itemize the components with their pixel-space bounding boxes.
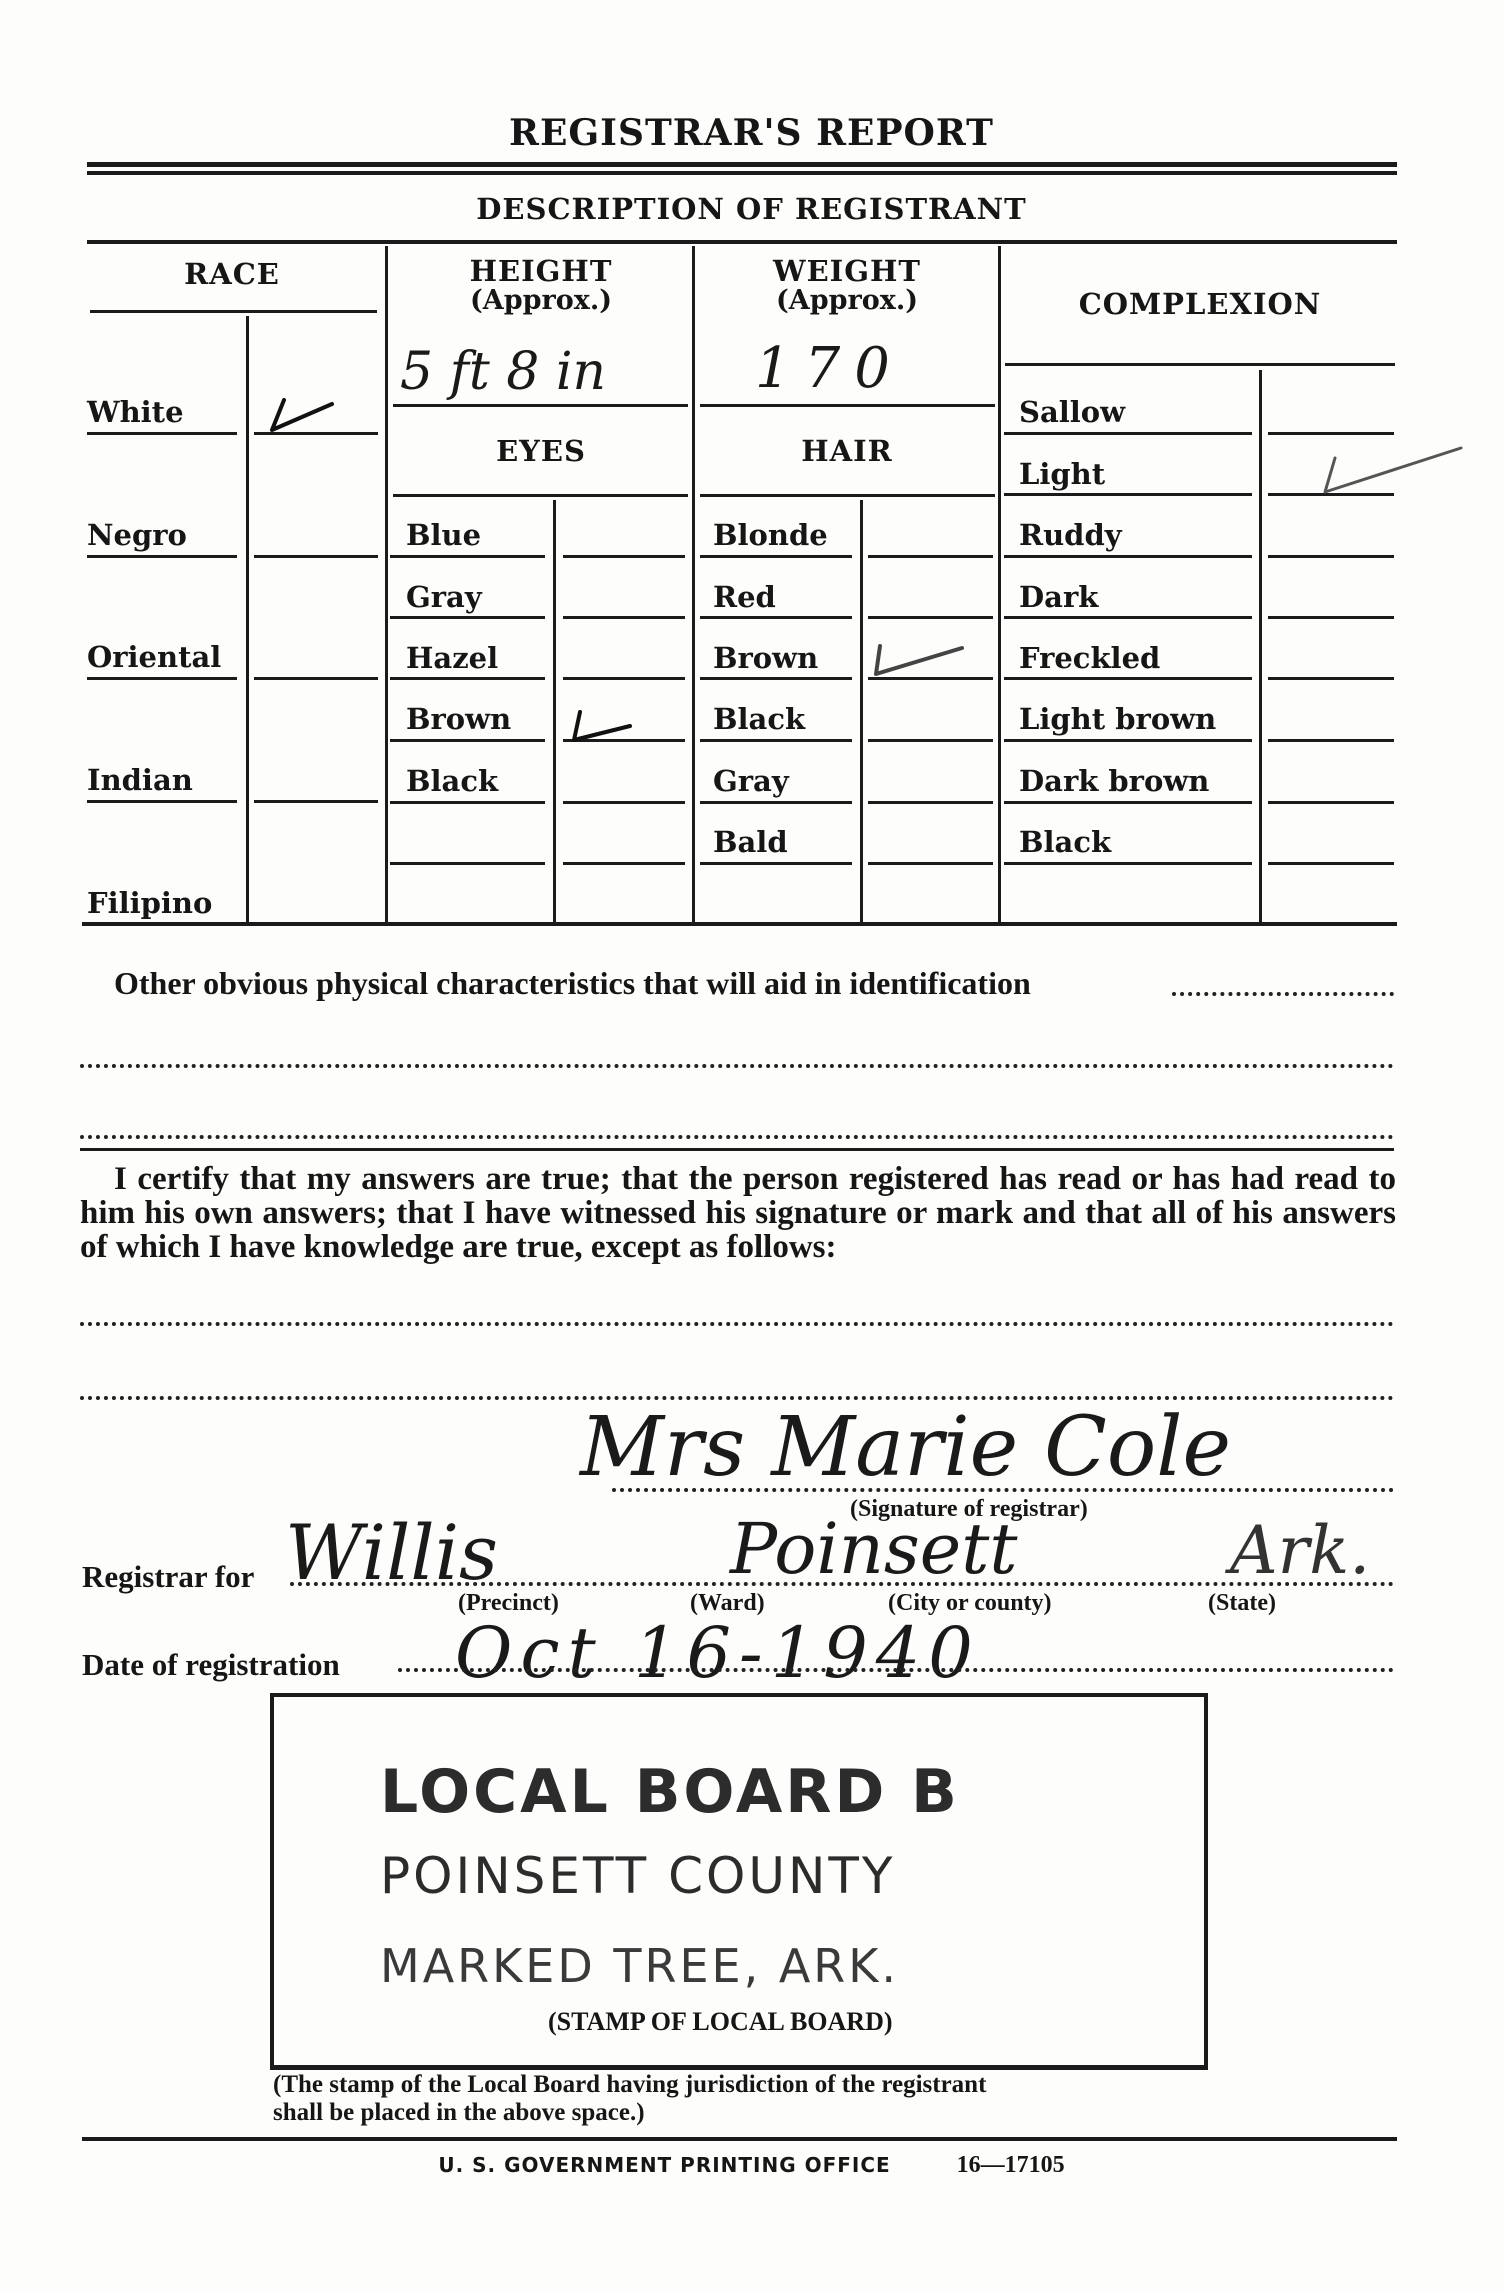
complexion-option-black: Black: [1019, 825, 1111, 859]
hair-option-brown: Brown: [713, 641, 818, 675]
race-check-rule: [254, 677, 378, 680]
weight-value-rule: [700, 404, 995, 407]
race-option-white: White: [87, 395, 184, 429]
race-row-rule: [87, 800, 237, 803]
complexion-option-dark-brown: Dark brown: [1019, 764, 1209, 798]
hair-subdivider: [860, 500, 863, 922]
form-number: 16—17105: [957, 2152, 1065, 2178]
city-or-county-value: Poinsett: [730, 1508, 1018, 1590]
eyes-row-rule: [390, 862, 545, 865]
eyes-check-rule: [563, 616, 685, 619]
stamp-note-line-2: shall be placed in the above space.): [273, 2099, 645, 2127]
col-divider-3: [998, 246, 1001, 922]
hair-check-rule: [868, 555, 993, 558]
eyes-row-rule: [390, 801, 545, 804]
date-of-registration-label: Date of registration: [82, 1648, 340, 1682]
col-divider-1: [385, 246, 388, 922]
registrar-for-label: Registrar for: [82, 1560, 254, 1594]
exceptions-field-line-1[interactable]: [80, 1322, 1394, 1326]
hair-row-rule: [700, 862, 852, 865]
title-double-rule-bottom: [87, 171, 1397, 175]
race-row-rule: [87, 432, 237, 435]
height-value: 5 ft 8 in: [400, 342, 606, 402]
height-header: HEIGHT: [392, 255, 690, 287]
eyes-option-black: Black: [406, 764, 498, 798]
race-option-filipino: Filipino: [87, 886, 212, 920]
registrar-for-line[interactable]: [290, 1582, 1394, 1586]
complexion-check-rule: [1268, 862, 1394, 865]
col-divider-2: [692, 246, 695, 922]
hair-option-bald: Bald: [713, 825, 788, 859]
eyes-row-rule: [390, 677, 545, 680]
other-characteristics-field-line-1[interactable]: [1172, 992, 1394, 996]
eyes-check-rule: [563, 677, 685, 680]
complexion-option-ruddy: Ruddy: [1019, 518, 1122, 552]
other-characteristics-label: Other obvious physical characteristics t…: [114, 966, 1031, 1000]
section-subtitle: DESCRIPTION OF REGISTRANT: [0, 192, 1503, 226]
race-header: RACE: [87, 258, 377, 290]
state-caption: (State): [1208, 1590, 1276, 1617]
height-approx-note: (Approx.): [392, 286, 690, 316]
complexion-option-light-brown: Light brown: [1019, 702, 1216, 736]
eyes-option-gray: Gray: [406, 580, 482, 614]
eyes-option-blue: Blue: [406, 518, 481, 552]
complexion-row-rule: [1004, 616, 1252, 619]
eyes-row-rule: [390, 555, 545, 558]
complexion-row-rule: [1004, 739, 1252, 742]
registrar-signature: Mrs Marie Cole: [580, 1400, 1231, 1495]
race-row-rule: [87, 555, 237, 558]
complexion-row-rule: [1004, 862, 1252, 865]
eyes-subdivider: [553, 500, 556, 922]
complexion-row-rule: [1004, 801, 1252, 804]
complexion-check-rule: [1268, 677, 1394, 680]
state-value: Ark.: [1230, 1512, 1370, 1589]
hair-check-rule: [868, 616, 993, 619]
race-check-rule: [254, 800, 378, 803]
complexion-row-rule: [1004, 432, 1252, 435]
footer-rule: [82, 2137, 1397, 2141]
weight-approx-note: (Approx.): [698, 286, 996, 316]
complexion-row-rule: [1004, 677, 1252, 680]
document-title: REGISTRAR'S REPORT: [0, 112, 1503, 154]
weight-value: 170: [755, 336, 904, 401]
hair-check-rule: [868, 739, 993, 742]
stamp-line-1: LOCAL BOARD B: [380, 1757, 960, 1827]
race-white-checkmark-icon: [262, 392, 342, 434]
certification-text: I certify that my answers are true; that…: [80, 1162, 1396, 1264]
hair-header: HAIR: [698, 435, 996, 467]
complexion-header: COMPLEXION: [1004, 288, 1396, 320]
race-row-rule: [87, 677, 237, 680]
height-value-rule: [393, 404, 688, 407]
complexion-row-rule: [1004, 493, 1252, 496]
race-option-negro: Negro: [87, 518, 187, 552]
complexion-option-dark: Dark: [1019, 580, 1098, 614]
signature-line[interactable]: [612, 1488, 1394, 1492]
hair-check-rule: [868, 801, 993, 804]
complexion-header-rule: [1005, 363, 1395, 366]
hair-option-gray: Gray: [713, 764, 789, 798]
hair-row-rule: [700, 677, 852, 680]
footer: U. S. GOVERNMENT PRINTING OFFICE 16—1710…: [0, 2152, 1503, 2179]
complexion-row-rule: [1004, 555, 1252, 558]
complexion-check-rule: [1268, 739, 1394, 742]
printer-name: U. S. GOVERNMENT PRINTING OFFICE: [438, 2153, 890, 2177]
date-of-registration-line[interactable]: [398, 1668, 1394, 1672]
date-of-registration-value: Oct 16-1940: [455, 1612, 981, 1694]
eyes-brown-checkmark-icon: [560, 708, 640, 748]
other-characteristics-field-line-3[interactable]: [80, 1135, 1394, 1139]
stamp-line-3: MARKED TREE, ARK.: [380, 1939, 899, 1993]
race-header-rule: [90, 310, 377, 313]
hair-check-rule: [868, 862, 993, 865]
hair-header-rule: [700, 494, 995, 497]
hair-option-blonde: Blonde: [713, 518, 828, 552]
table-bottom-rule: [82, 922, 1397, 926]
eyes-check-rule: [563, 555, 685, 558]
other-characteristics-field-line-2[interactable]: [80, 1064, 1394, 1068]
complexion-option-sallow: Sallow: [1019, 395, 1125, 429]
eyes-option-hazel: Hazel: [406, 641, 498, 675]
hair-row-rule: [700, 739, 852, 742]
eyes-row-rule: [390, 616, 545, 619]
complexion-check-rule: [1268, 432, 1394, 435]
hair-option-red: Red: [713, 580, 776, 614]
hair-option-black: Black: [713, 702, 805, 736]
eyes-header: EYES: [392, 435, 690, 467]
hair-brown-checkmark-icon: [868, 640, 968, 680]
race-check-rule: [254, 555, 378, 558]
complexion-check-rule: [1268, 801, 1394, 804]
complexion-option-light: Light: [1019, 457, 1105, 491]
complexion-subdivider: [1259, 370, 1262, 922]
stamp-note-line-1: (The stamp of the Local Board having jur…: [273, 2071, 986, 2099]
eyes-option-brown: Brown: [406, 702, 511, 736]
weight-header: WEIGHT: [698, 255, 996, 287]
eyes-row-rule: [390, 739, 545, 742]
race-option-indian: Indian: [87, 763, 193, 797]
complexion-check-rule: [1268, 616, 1394, 619]
eyes-check-rule: [563, 862, 685, 865]
race-option-oriental: Oriental: [87, 640, 221, 674]
stamp-caption: (STAMP OF LOCAL BOARD): [548, 2007, 893, 2037]
title-double-rule-top: [87, 162, 1397, 167]
eyes-header-rule: [393, 494, 688, 497]
hair-row-rule: [700, 616, 852, 619]
complexion-check-rule: [1268, 555, 1394, 558]
complexion-option-freckled: Freckled: [1019, 641, 1160, 675]
hair-row-rule: [700, 801, 852, 804]
hair-row-rule: [700, 555, 852, 558]
table-top-rule: [87, 240, 1397, 244]
local-board-stamp-box: LOCAL BOARD B POINSETT COUNTY MARKED TRE…: [270, 1693, 1208, 2070]
race-subdivider: [246, 316, 249, 922]
complexion-light-checkmark-icon: [1295, 436, 1465, 498]
stamp-line-2: POINSETT COUNTY: [380, 1847, 895, 1905]
section-rule: [80, 1148, 1394, 1151]
eyes-check-rule: [563, 801, 685, 804]
